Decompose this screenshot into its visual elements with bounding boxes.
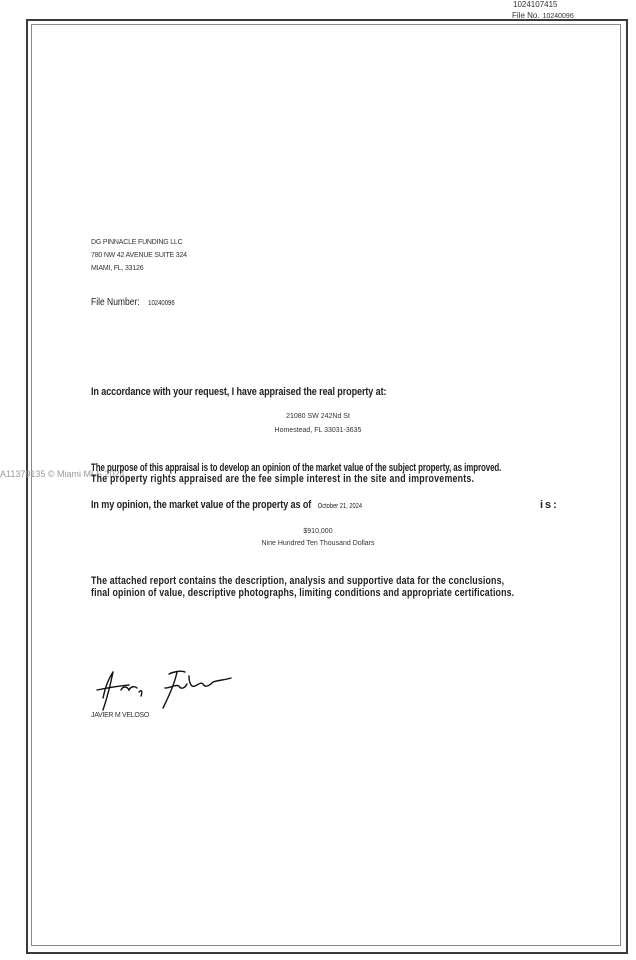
- opinion-suffix: is:: [540, 499, 559, 511]
- file-number-value: 10240096: [148, 300, 174, 307]
- page-frame-inner: [31, 24, 621, 946]
- recipient-address-line2: MIAMI, FL, 33126: [91, 265, 143, 272]
- top-number: 1024107415: [513, 0, 558, 9]
- file-number: File Number:10240096: [91, 297, 175, 308]
- opinion-prefix: In my opinion, the market value of the p…: [91, 499, 311, 511]
- recipient-address-line1: 780 NW 42 AVENUE SUITE 324: [91, 252, 187, 259]
- file-number-label: File Number:: [91, 297, 140, 308]
- value-words: Nine Hundred Ten Thousand Dollars: [0, 540, 636, 547]
- signer-name: JAVIER M VELOSO: [91, 712, 149, 719]
- value-amount: $910,000: [0, 528, 636, 535]
- effective-date: October 21, 2024: [318, 503, 362, 510]
- opinion-text: In my opinion, the market value of the p…: [91, 499, 362, 511]
- intro-text: In accordance with your request, I have …: [91, 386, 386, 398]
- recipient-name: DG PINNACLE FUNDING LLC: [91, 239, 182, 246]
- rights-text: The property rights appraised are the fe…: [91, 473, 474, 485]
- property-address-line1: 21080 SW 242Nd St: [0, 413, 636, 420]
- signature-image: [95, 668, 235, 713]
- closing-line2: final opinion of value, descriptive phot…: [91, 587, 514, 599]
- property-address-line2: Homestead, FL 33031-3635: [0, 427, 636, 434]
- closing-line1: The attached report contains the descrip…: [91, 575, 504, 587]
